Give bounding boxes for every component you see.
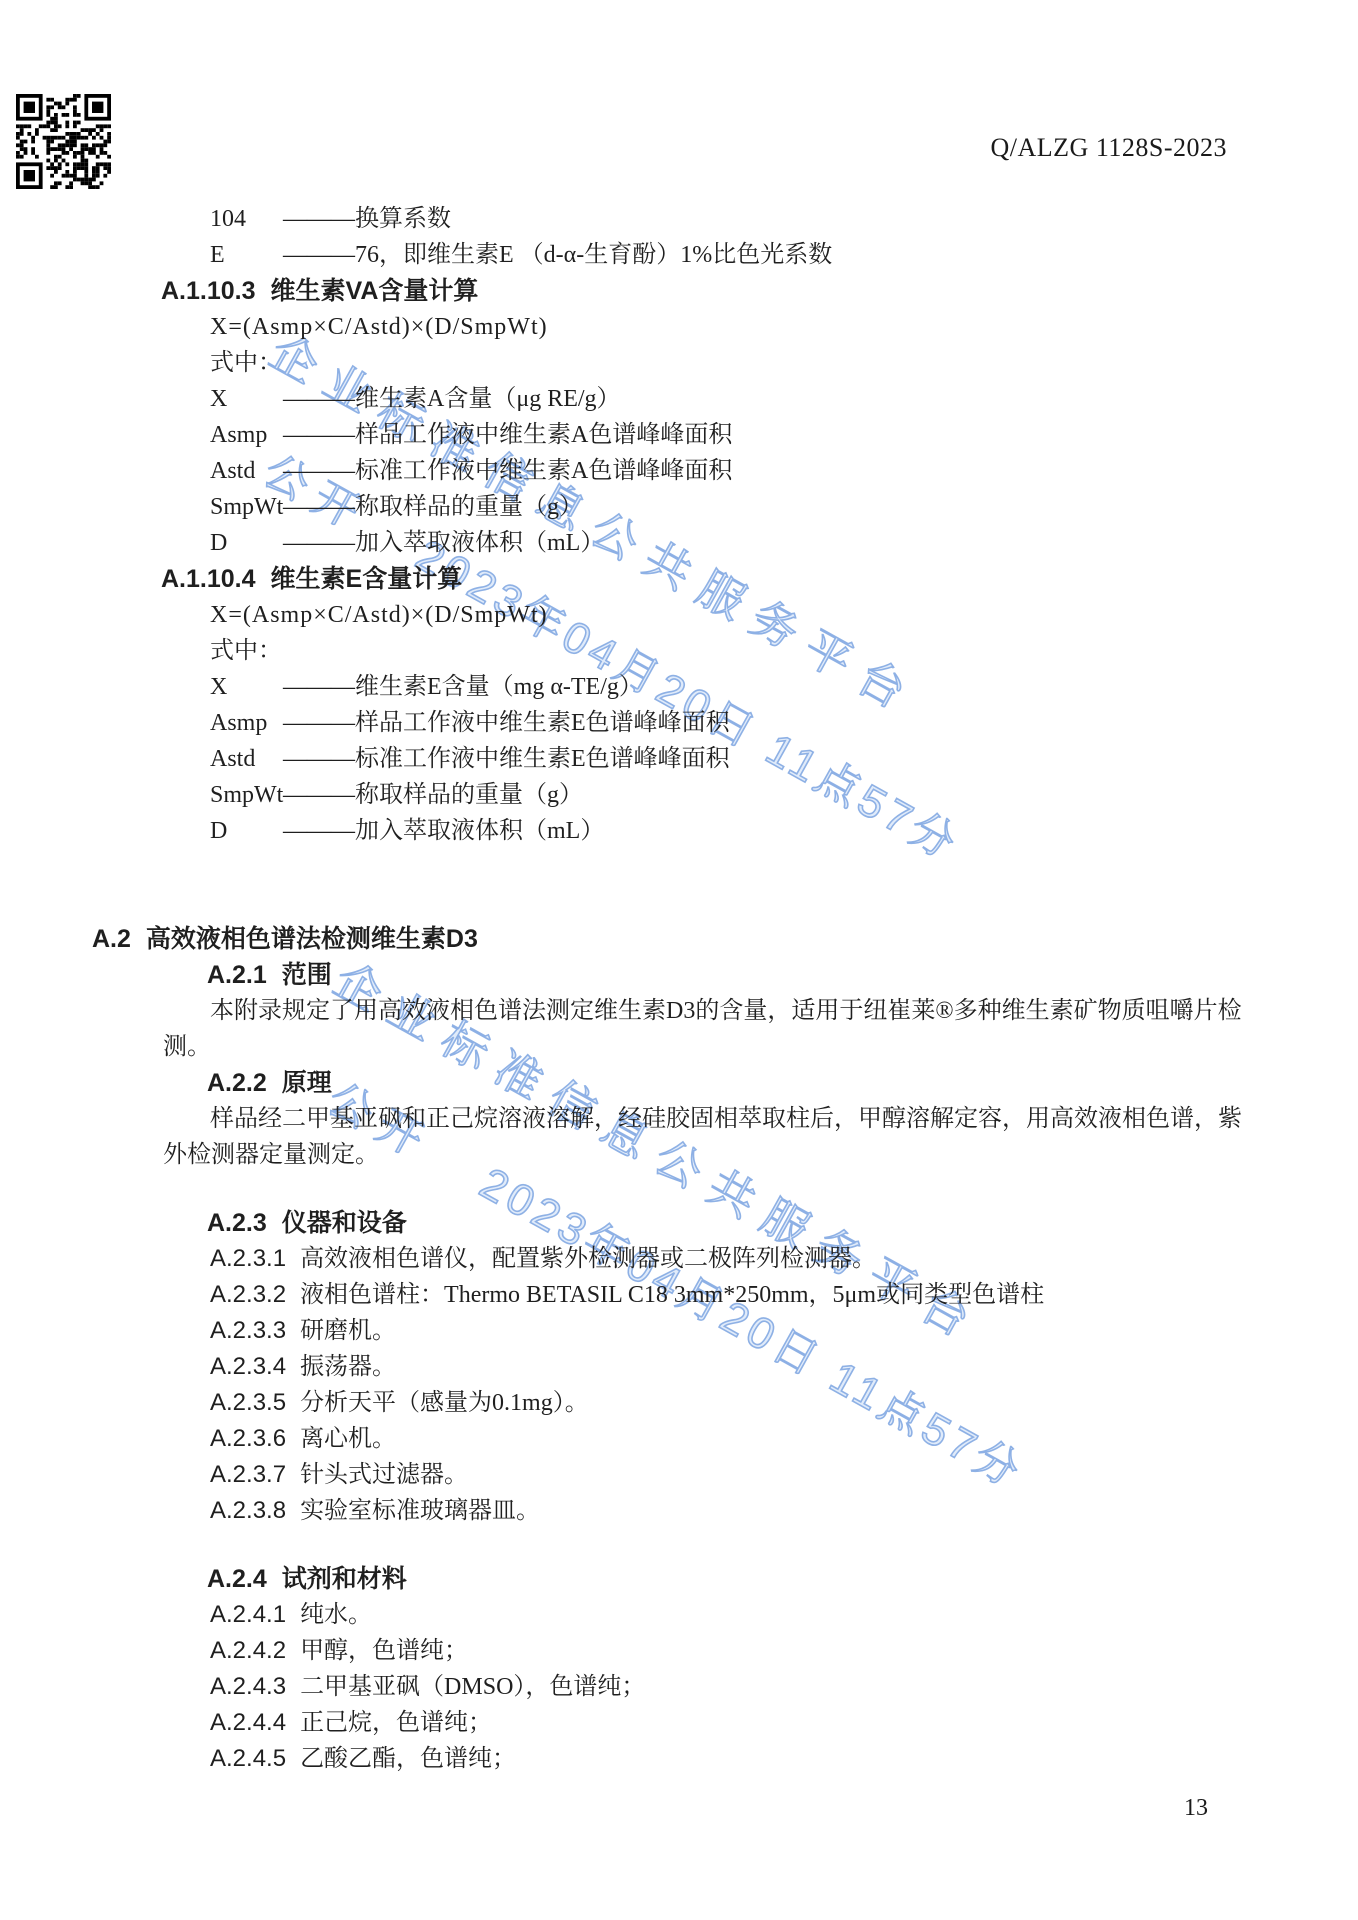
section-gap bbox=[0, 1529, 1358, 1561]
clause-number: A.2.4 bbox=[207, 1565, 267, 1593]
line-text: 高效液相色谱仪，配置紫外检测器或二极阵列检测器。 bbox=[300, 1246, 876, 1272]
formula-line: X=(Asmp×C/Astd)×(D/SmpWt) bbox=[0, 309, 1358, 345]
section-heading: A.2高效液相色谱法检测维生素D3 bbox=[0, 921, 1358, 957]
line-text: ———加入萃取液体积（mL） bbox=[283, 530, 604, 556]
definition-line: D———加入萃取液体积（mL） bbox=[0, 813, 1358, 849]
clause-number: A.2.3.5 bbox=[210, 1389, 286, 1416]
paragraph-line: 外检测器定量测定。 bbox=[0, 1137, 1358, 1173]
clause-heading: A.2.3仪器和设备 bbox=[0, 1205, 1358, 1241]
symbol: Astd bbox=[210, 453, 283, 489]
clause-item: A.2.3.2液相色谱柱：Thermo BETASIL C18 3mm*250m… bbox=[0, 1277, 1358, 1313]
clause-number: A.2.3.4 bbox=[210, 1353, 286, 1380]
line-text: ———维生素E含量（mg α-TE/g） bbox=[283, 674, 643, 700]
line-text: ———样品工作液中维生素E色谱峰峰面积 bbox=[283, 710, 730, 736]
symbol: SmpWt bbox=[210, 777, 283, 813]
clause-item: A.2.3.7针头式过滤器。 bbox=[0, 1457, 1358, 1493]
symbol: X bbox=[210, 381, 283, 417]
clause-number: A.2.3.2 bbox=[210, 1281, 286, 1308]
definition-line: Asmp———样品工作液中维生素A色谱峰峰面积 bbox=[0, 417, 1358, 453]
symbol: Asmp bbox=[210, 705, 283, 741]
symbol: E bbox=[210, 237, 283, 273]
line-text: 二甲基亚砜（DMSO），色谱纯； bbox=[300, 1674, 645, 1700]
line-text: X=(Asmp×C/Astd)×(D/SmpWt) bbox=[210, 314, 548, 340]
line-text: ———称取样品的重量（g） bbox=[283, 782, 583, 808]
clause-item: A.2.3.8实验室标准玻璃器皿。 bbox=[0, 1493, 1358, 1529]
clause-item: A.2.3.6离心机。 bbox=[0, 1421, 1358, 1457]
section-gap bbox=[0, 849, 1358, 921]
line-text: ———加入萃取液体积（mL） bbox=[283, 818, 604, 844]
clause-number: A.2.3.1 bbox=[210, 1245, 286, 1272]
clause-heading: A.1.10.4维生素E含量计算 bbox=[0, 561, 1358, 597]
definition-line: Astd———标准工作液中维生素E色谱峰峰面积 bbox=[0, 741, 1358, 777]
doc-number: Q/ALZG 1128S-2023 bbox=[991, 133, 1227, 163]
definition-line: X———维生素E含量（mg α-TE/g） bbox=[0, 669, 1358, 705]
page-number: 13 bbox=[1184, 1795, 1208, 1822]
definition-line: X———维生素A含量（μg RE/g） bbox=[0, 381, 1358, 417]
clause-number: A.1.10.4 bbox=[161, 565, 256, 593]
paragraph-line: 本附录规定了用高效液相色谱法测定维生素D3的含量，适用于纽崔莱®多种维生素矿物质… bbox=[0, 993, 1358, 1029]
line-text: 外检测器定量测定。 bbox=[163, 1142, 379, 1168]
line-text: 乙酸乙酯，色谱纯； bbox=[300, 1746, 516, 1772]
line-text: 本附录规定了用高效液相色谱法测定维生素D3的含量，适用于纽崔莱®多种维生素矿物质… bbox=[210, 998, 1242, 1024]
document-page: Q/ALZG 1128S-2023 企业标准信息公共服务平台 公开 2023年0… bbox=[0, 0, 1358, 1920]
line-text: ———76，即维生素E （d-α-生育酚）1%比色光系数 bbox=[283, 242, 832, 268]
text-line: 式中： bbox=[0, 345, 1358, 381]
definition-line: SmpWt———称取样品的重量（g） bbox=[0, 489, 1358, 525]
line-text: 测。 bbox=[163, 1034, 211, 1060]
clause-item: A.2.3.5分析天平（感量为0.1mg）。 bbox=[0, 1385, 1358, 1421]
definition-line: D———加入萃取液体积（mL） bbox=[0, 525, 1358, 561]
line-text: 维生素E含量计算 bbox=[271, 565, 463, 593]
clause-number: A.2.2 bbox=[207, 1069, 267, 1097]
definition-line: SmpWt———称取样品的重量（g） bbox=[0, 777, 1358, 813]
line-text: ———标准工作液中维生素A色谱峰峰面积 bbox=[283, 458, 732, 484]
line-text: 正己烷，色谱纯； bbox=[300, 1710, 492, 1736]
line-text: 高效液相色谱法检测维生素D3 bbox=[146, 925, 478, 953]
line-text: ———标准工作液中维生素E色谱峰峰面积 bbox=[283, 746, 730, 772]
clause-heading: A.2.2原理 bbox=[0, 1065, 1358, 1101]
clause-number: A.2.1 bbox=[207, 961, 267, 989]
clause-item: A.2.3.4振荡器。 bbox=[0, 1349, 1358, 1385]
line-text: 仪器和设备 bbox=[282, 1209, 407, 1237]
symbol: 104 bbox=[210, 201, 283, 237]
symbol: SmpWt bbox=[210, 489, 283, 525]
line-text: 样品经二甲基亚砜和正己烷溶液溶解，经硅胶固相萃取柱后，甲醇溶解定容，用高效液相色… bbox=[210, 1106, 1242, 1132]
clause-item: A.2.4.3二甲基亚砜（DMSO），色谱纯； bbox=[0, 1669, 1358, 1705]
definition-line: E———76，即维生素E （d-α-生育酚）1%比色光系数 bbox=[0, 237, 1358, 273]
clause-number: A.2.3 bbox=[207, 1209, 267, 1237]
symbol: X bbox=[210, 669, 283, 705]
text-line: 式中： bbox=[0, 633, 1358, 669]
definition-line: Astd———标准工作液中维生素A色谱峰峰面积 bbox=[0, 453, 1358, 489]
line-text: 分析天平（感量为0.1mg）。 bbox=[300, 1390, 589, 1416]
line-text: ———换算系数 bbox=[283, 206, 451, 232]
clause-heading: A.1.10.3维生素VA含量计算 bbox=[0, 273, 1358, 309]
formula-line: X=(Asmp×C/Astd)×(D/SmpWt) bbox=[0, 597, 1358, 633]
clause-number: A.2.4.1 bbox=[210, 1601, 286, 1628]
line-text: ———维生素A含量（μg RE/g） bbox=[283, 386, 621, 412]
line-text: 纯水。 bbox=[300, 1602, 372, 1628]
line-text: ———样品工作液中维生素A色谱峰峰面积 bbox=[283, 422, 732, 448]
section-gap bbox=[0, 1173, 1358, 1205]
line-text: 试剂和材料 bbox=[282, 1565, 407, 1593]
clause-number: A.2.4.5 bbox=[210, 1745, 286, 1772]
symbol: Astd bbox=[210, 741, 283, 777]
line-text: 范围 bbox=[282, 961, 332, 989]
clause-item: A.2.3.3研磨机。 bbox=[0, 1313, 1358, 1349]
definition-line: 104———换算系数 bbox=[0, 201, 1358, 237]
line-text: 振荡器。 bbox=[300, 1354, 396, 1380]
line-text: 离心机。 bbox=[300, 1426, 396, 1452]
line-text: 维生素VA含量计算 bbox=[271, 277, 479, 305]
document-body: 104———换算系数E———76，即维生素E （d-α-生育酚）1%比色光系数A… bbox=[0, 201, 1358, 1777]
line-text: 针头式过滤器。 bbox=[300, 1462, 468, 1488]
line-text: 液相色谱柱：Thermo BETASIL C18 3mm*250mm，5μm或同… bbox=[300, 1282, 1044, 1308]
clause-number: A.2.3.8 bbox=[210, 1497, 286, 1524]
clause-item: A.2.3.1高效液相色谱仪，配置紫外检测器或二极阵列检测器。 bbox=[0, 1241, 1358, 1277]
definition-line: Asmp———样品工作液中维生素E色谱峰峰面积 bbox=[0, 705, 1358, 741]
line-text: ———称取样品的重量（g） bbox=[283, 494, 583, 520]
line-text: 式中： bbox=[210, 638, 282, 664]
symbol: D bbox=[210, 813, 283, 849]
line-text: 实验室标准玻璃器皿。 bbox=[300, 1498, 540, 1524]
clause-item: A.2.4.2甲醇，色谱纯； bbox=[0, 1633, 1358, 1669]
clause-number: A.2.3.3 bbox=[210, 1317, 286, 1344]
clause-number: A.2.4.2 bbox=[210, 1637, 286, 1664]
clause-item: A.2.4.4正己烷，色谱纯； bbox=[0, 1705, 1358, 1741]
clause-number: A.2.4.4 bbox=[210, 1709, 286, 1736]
clause-heading: A.2.4试剂和材料 bbox=[0, 1561, 1358, 1597]
paragraph-line: 测。 bbox=[0, 1029, 1358, 1065]
qr-code-icon bbox=[16, 94, 111, 189]
line-text: 研磨机。 bbox=[300, 1318, 396, 1344]
clause-number: A.2.4.3 bbox=[210, 1673, 286, 1700]
clause-number: A.2.3.7 bbox=[210, 1461, 286, 1488]
clause-number: A.2 bbox=[92, 925, 131, 953]
line-text: 原理 bbox=[282, 1069, 332, 1097]
clause-number: A.2.3.6 bbox=[210, 1425, 286, 1452]
line-text: 式中： bbox=[210, 350, 282, 376]
clause-number: A.1.10.3 bbox=[161, 277, 256, 305]
paragraph-line: 样品经二甲基亚砜和正己烷溶液溶解，经硅胶固相萃取柱后，甲醇溶解定容，用高效液相色… bbox=[0, 1101, 1358, 1137]
clause-heading: A.2.1范围 bbox=[0, 957, 1358, 993]
symbol: Asmp bbox=[210, 417, 283, 453]
symbol: D bbox=[210, 525, 283, 561]
line-text: X=(Asmp×C/Astd)×(D/SmpWt) bbox=[210, 602, 548, 628]
clause-item: A.2.4.5乙酸乙酯，色谱纯； bbox=[0, 1741, 1358, 1777]
line-text: 甲醇，色谱纯； bbox=[300, 1638, 468, 1664]
clause-item: A.2.4.1纯水。 bbox=[0, 1597, 1358, 1633]
